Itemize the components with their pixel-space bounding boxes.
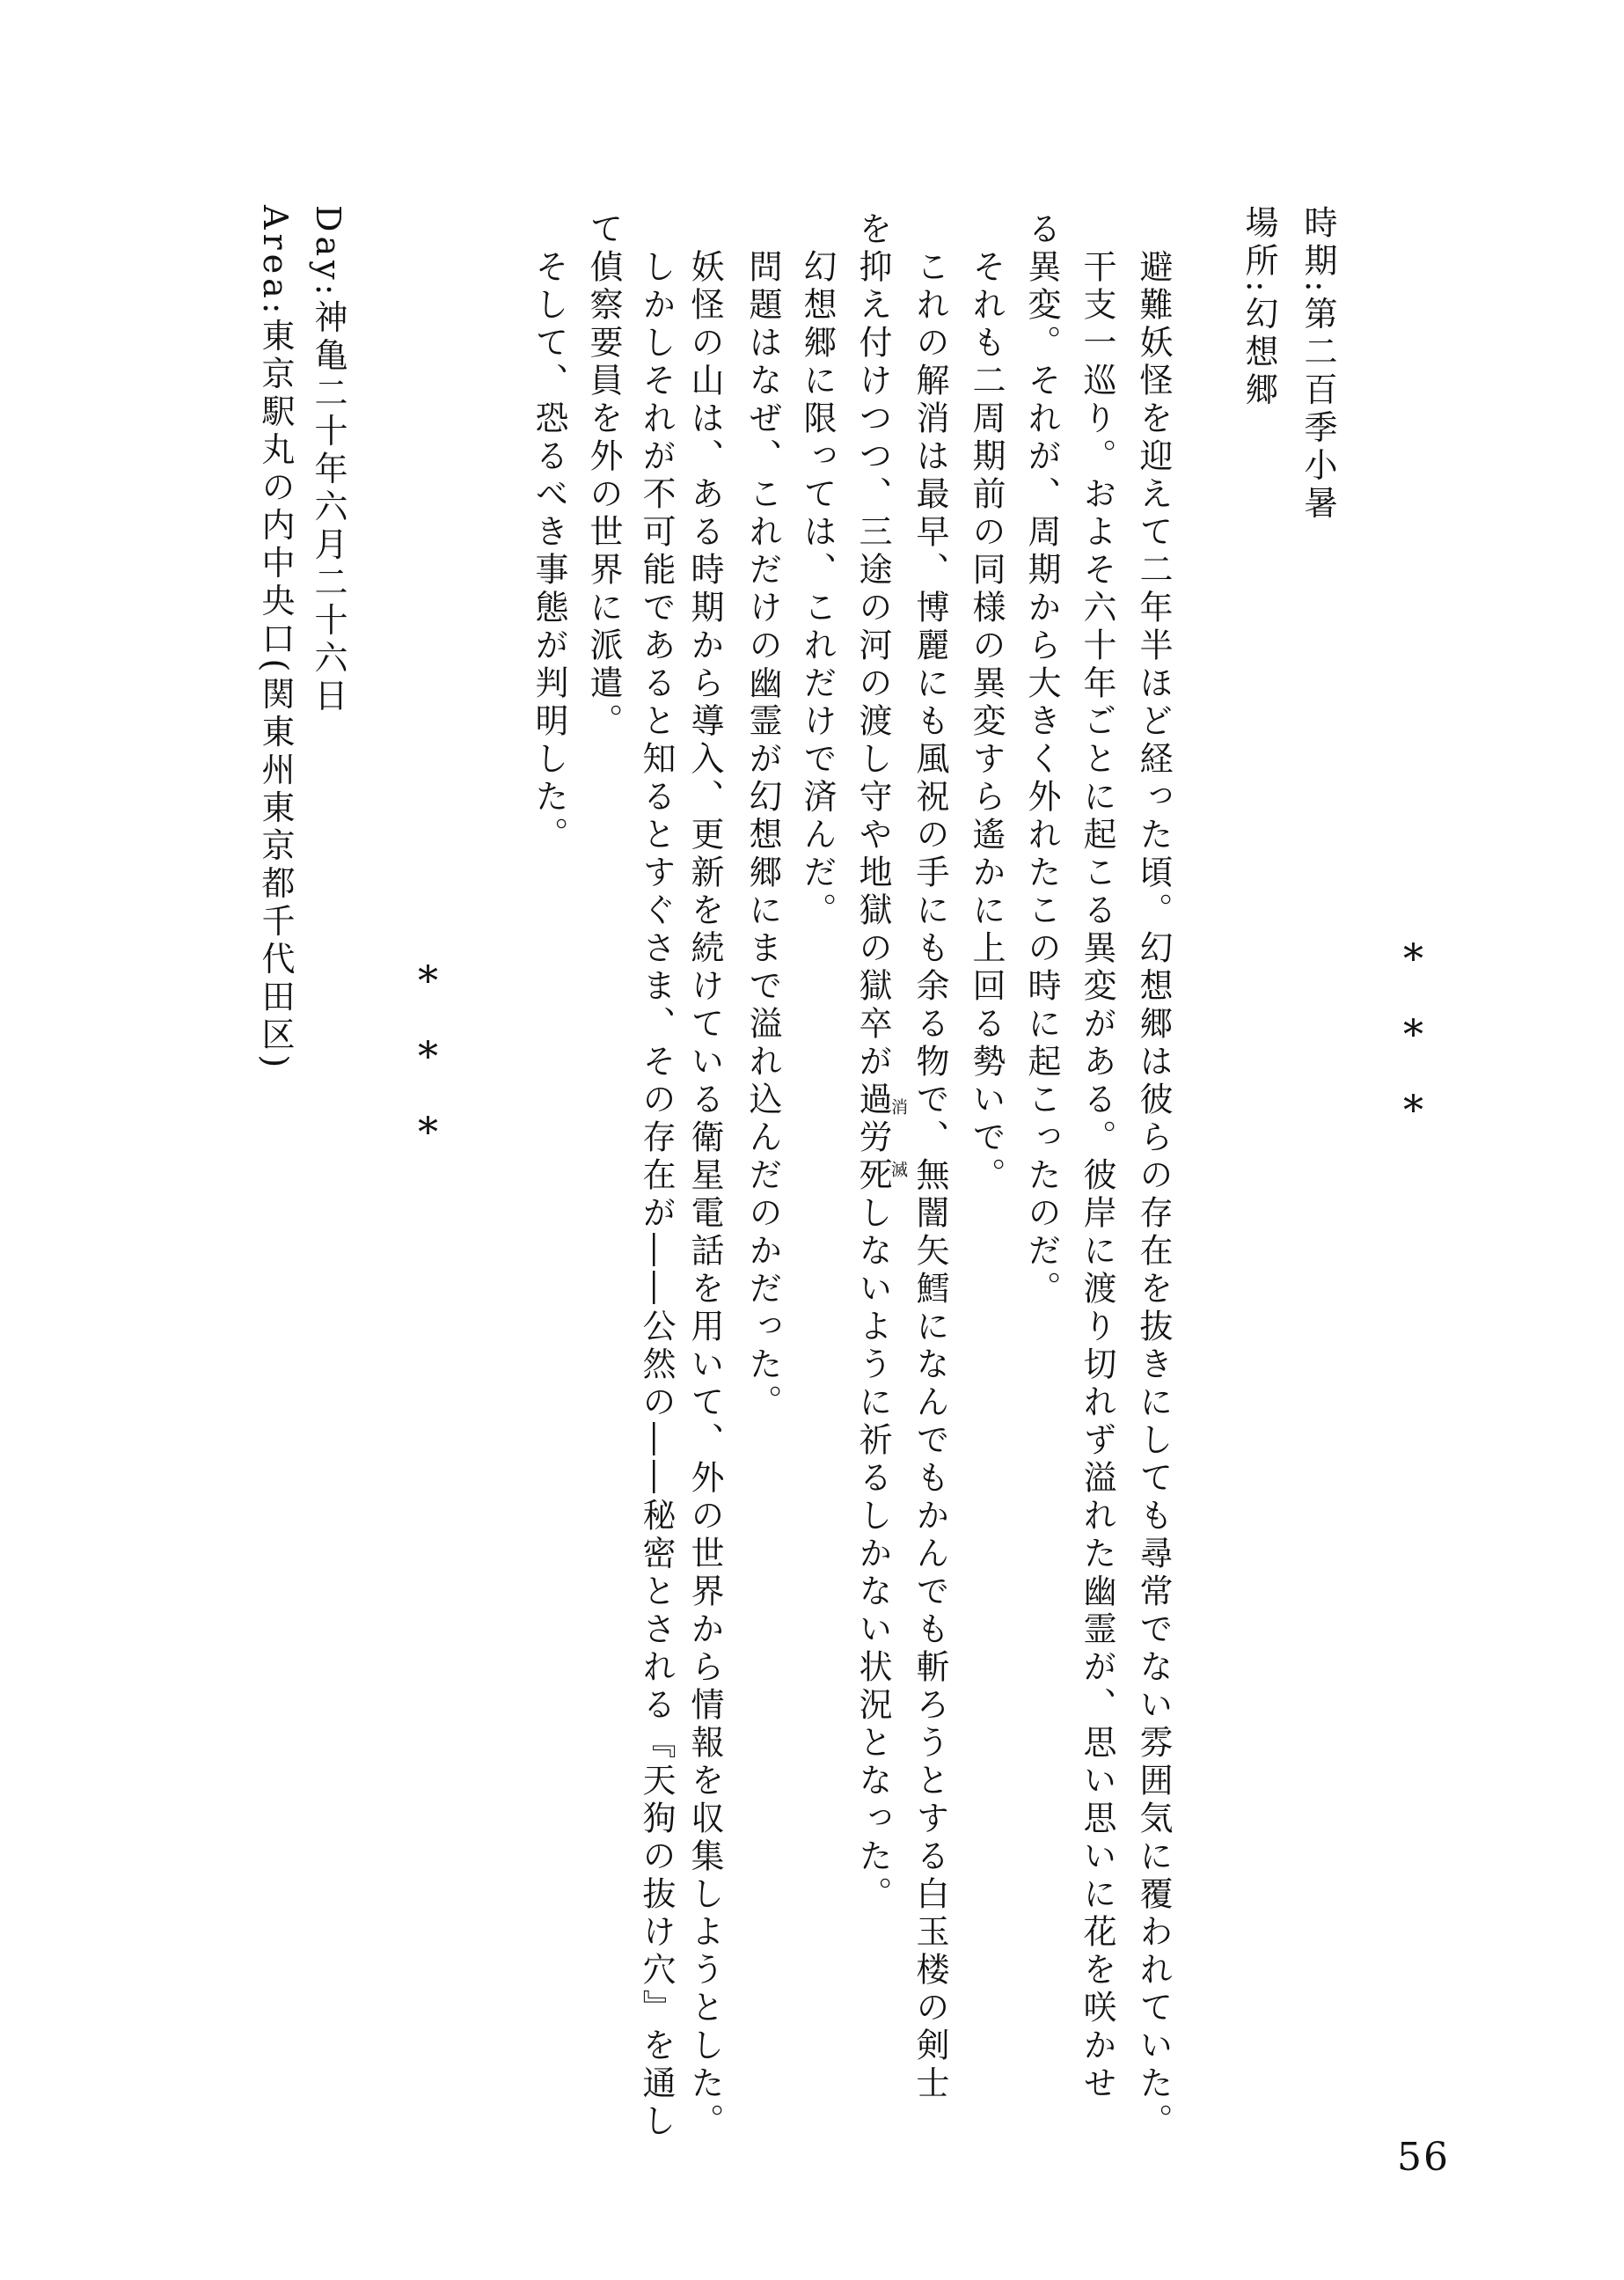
paragraph-column-10: しかしそれが不可能であると知るとすぐさま、その存在が――公然の――秘密とされる『… (628, 249, 684, 2141)
asterisk-glyph: * (1403, 940, 1423, 977)
paragraph-column-05: これの解消は最早、博麗にも風祝の手にも余る物で、無闇矢鱈になんでもかんでも斬ろう… (902, 249, 957, 2103)
paragraph-column-07: 幻想郷に限っては、これだけで済んだ。 (789, 249, 845, 930)
paragraph-column-04: それも二周期前の同様の異変すら遙かに上回る勢いで。 (958, 249, 1013, 1195)
ruby-base: 過労死 (853, 1081, 892, 1195)
section-separator-right: * * * (1403, 940, 1423, 1128)
paragraph-column-06: を抑え付けつつ、三途の河の渡し守や地獄の獄卒が過労死消滅しないように祈るしかない… (845, 211, 907, 1914)
paragraph-column-02: 干支一巡り。およそ六十年ごとに起こる異変がある。彼岸に渡り切れず溢れた幽霊が、思… (1069, 249, 1124, 2103)
footer-column-area: Area:東京駅丸の内中央口(関東州東京都千代田区) (247, 205, 303, 1072)
header-column-time: 時期:第二百季小暑 (1290, 205, 1345, 524)
paragraph-column-08: 問題はなぜ、これだけの幽霊が幻想郷にまで溢れ込んだのかだった。 (735, 249, 790, 1422)
ruby-text: 消滅 (889, 1081, 908, 1195)
paragraph-column-03: る異変。それが、周期から大きく外れたこの時に起こったのだ。 (1013, 211, 1069, 1309)
header-column-place: 場所:幻想郷 (1231, 205, 1286, 410)
asterisk-glyph: * (418, 962, 438, 999)
paragraph-column-09: 妖怪の山は、ある時期から導入、更新を続けている衛星電話を用いて、外の世界から情報… (677, 249, 732, 2141)
text-run: しないように祈るしかない状況となった。 (853, 1195, 892, 1914)
asterisk-glyph: * (1403, 1015, 1423, 1052)
asterisk-glyph: * (1403, 1091, 1423, 1128)
book-page: { "page": { "number": "56" }, "separator… (0, 0, 1624, 2280)
asterisk-glyph: * (418, 1113, 438, 1150)
paragraph-column-12: そして、恐るべき事態が判明した。 (521, 249, 576, 854)
footer-column-day: Day:神亀二十年六月二十六日 (300, 205, 355, 715)
section-separator-left: * * * (418, 962, 438, 1150)
page-number: 56 (1397, 2135, 1450, 2180)
ruby-annotation: 過労死消滅 (853, 1081, 892, 1195)
text-run: を抑え付けつつ、三途の河の渡し守や地獄の獄卒が (853, 211, 892, 1081)
paragraph-column-01: 避難妖怪を迎えて二年半ほど経った頃。幻想郷は彼らの存在を抜きにしても尋常でない雰… (1125, 249, 1181, 2141)
paragraph-column-11: て偵察要員を外の世界に派遣。 (575, 211, 631, 741)
asterisk-glyph: * (418, 1037, 438, 1074)
